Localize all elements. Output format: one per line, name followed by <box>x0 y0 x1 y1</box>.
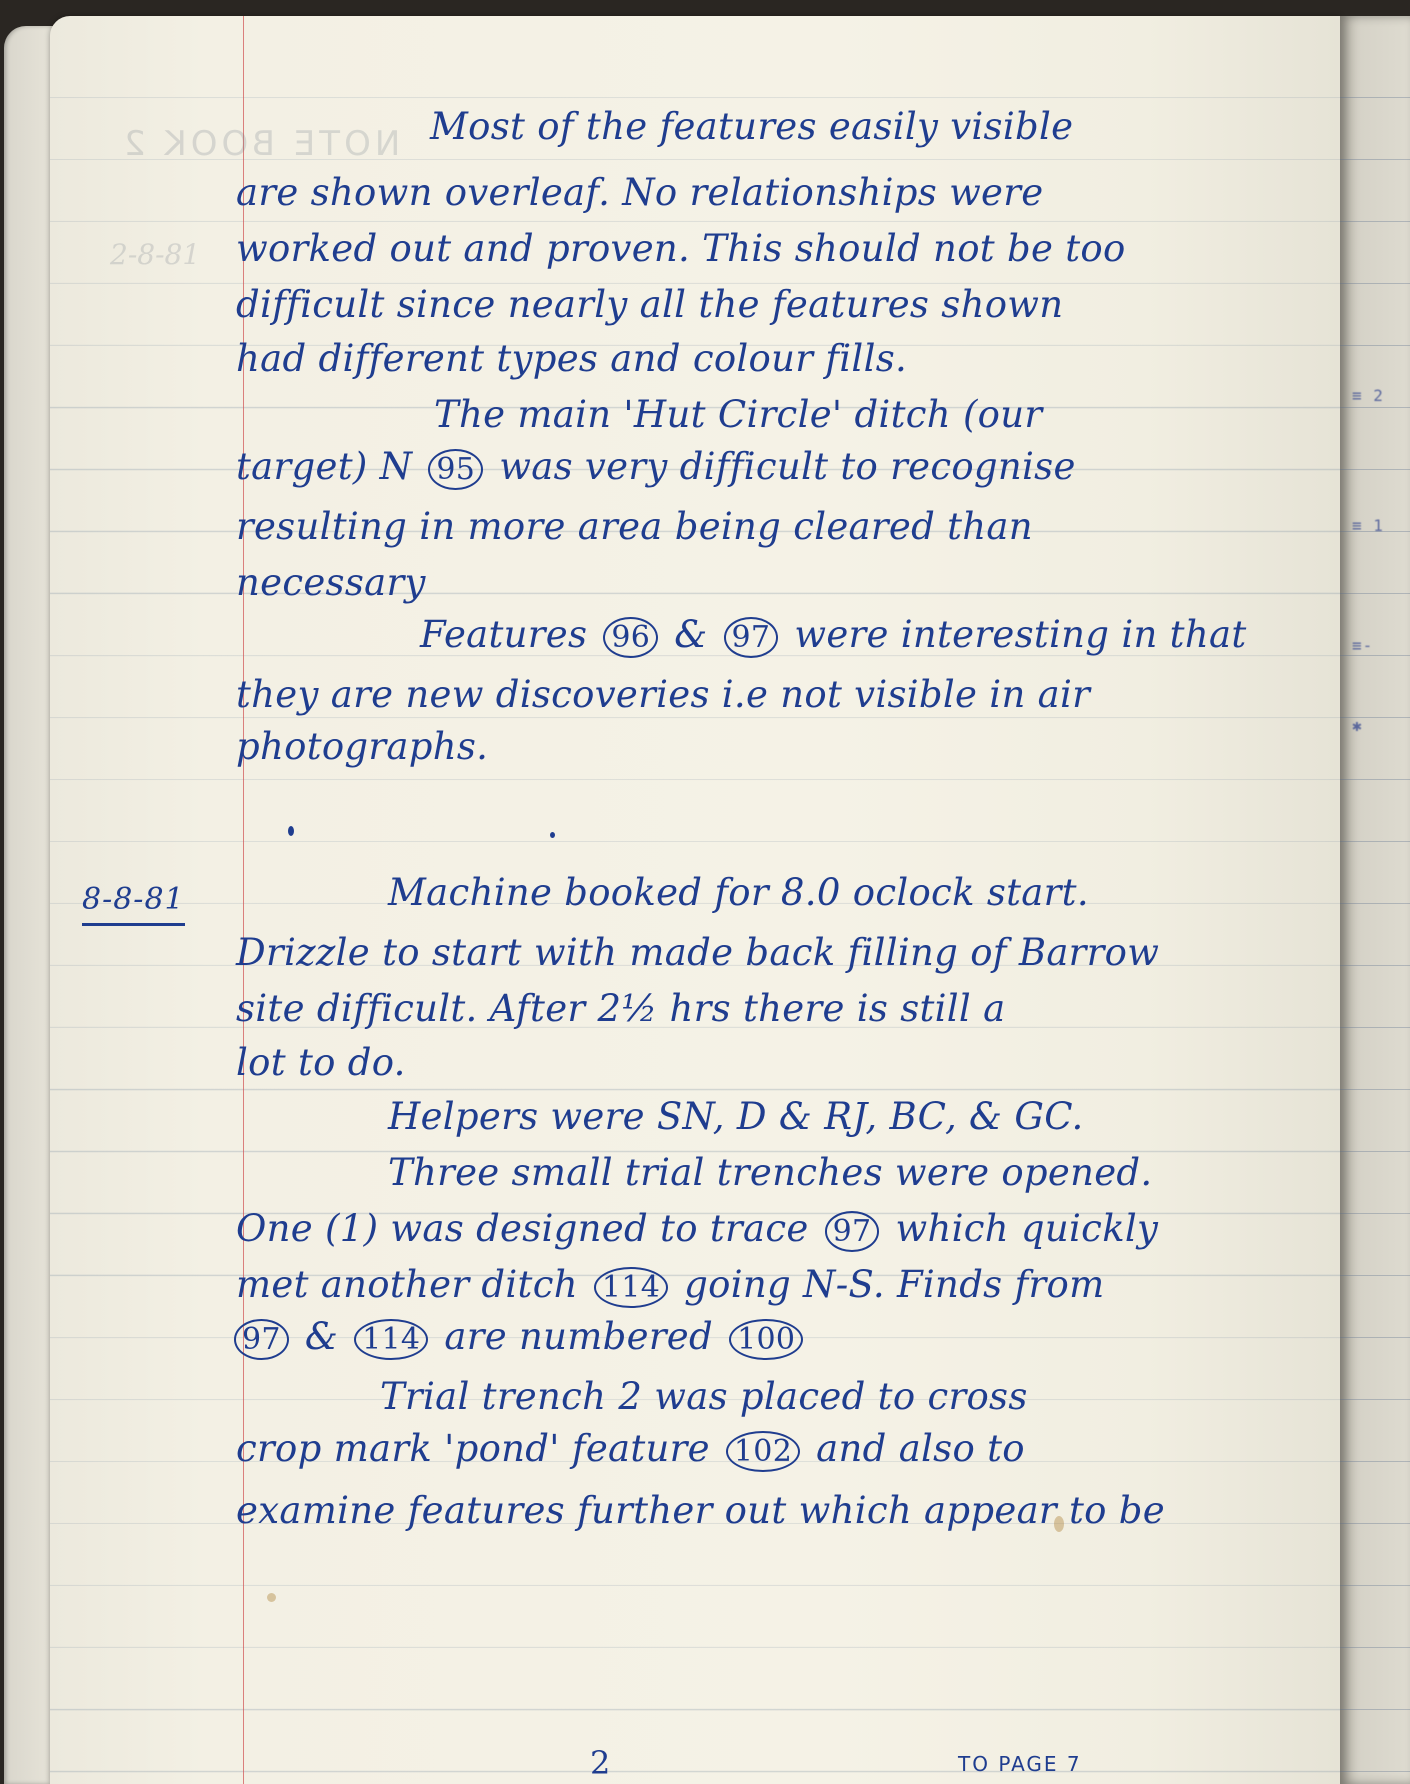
feature-ref-97: 97 <box>825 1211 880 1252</box>
bleed-through-title: NOTE BOOK 2 <box>120 124 400 164</box>
facing-page-edge: ≡ 2 ≡ 1 ≡- ✱ <box>1340 16 1410 1784</box>
stain <box>267 1593 276 1602</box>
notebook-page: NOTE BOOK 2 2-8-81 Most of the features … <box>50 16 1340 1784</box>
entry1-line-7: target) N 95 was very difficult to recog… <box>236 448 1076 490</box>
text: were interesting in that <box>794 613 1246 656</box>
text: target) N <box>236 445 412 488</box>
text: met another ditch <box>236 1263 578 1306</box>
entry2-line-1: Machine booked for 8.0 oclock start. <box>388 874 1089 911</box>
entry2-line-3: site difficult. After 2½ hrs there is st… <box>236 990 1005 1027</box>
facing-page-mark: ≡- <box>1352 636 1373 655</box>
feature-ref-96: 96 <box>603 617 658 658</box>
entry1-line-4: difficult since nearly all the features … <box>236 286 1063 323</box>
entry2-line-12: examine features further out which appea… <box>236 1492 1165 1529</box>
text: was very difficult to recognise <box>499 445 1075 488</box>
ampersand: & <box>305 1315 338 1358</box>
entry2-line-11: crop mark 'pond' feature 102 and also to <box>236 1430 1025 1472</box>
text: going N-S. Finds from <box>684 1263 1104 1306</box>
entry1-line-2: are shown overleaf. No relationships wer… <box>236 174 1043 211</box>
notebook-scan: NOTE BOOK 2 2-8-81 Most of the features … <box>0 0 1410 1784</box>
entry2-line-4: lot to do. <box>236 1044 406 1081</box>
text: One (1) was designed to trace <box>236 1207 809 1250</box>
facing-page-mark: ✱ <box>1352 716 1363 735</box>
entry2-line-2: Drizzle to start with made back filling … <box>236 934 1159 971</box>
feature-ref-114: 114 <box>594 1267 668 1308</box>
entry1-line-3: worked out and proven. This should not b… <box>236 230 1126 267</box>
entry1-line-5: had different types and colour fills. <box>236 340 907 377</box>
entry2-line-8: met another ditch 114 going N-S. Finds f… <box>236 1266 1104 1308</box>
entry-date: 8-8-81 <box>82 882 185 926</box>
ampersand: & <box>674 613 707 656</box>
continuation-note: TO PAGE 7 <box>958 1752 1082 1776</box>
ruled-lines <box>1340 16 1410 1784</box>
feature-ref-114: 114 <box>354 1319 428 1360</box>
entry1-line-10: Features 96 & 97 were interesting in tha… <box>420 616 1246 658</box>
page-number: 2 <box>590 1744 610 1782</box>
feature-ref-95: 95 <box>428 449 483 490</box>
ink-dot <box>288 826 294 836</box>
entry1-line-12: photographs. <box>236 728 488 765</box>
feature-ref-97: 97 <box>724 617 779 658</box>
entry2-line-10: Trial trench 2 was placed to cross <box>380 1378 1028 1415</box>
bleed-through-date: 2-8-81 <box>110 238 200 271</box>
ink-dot <box>550 832 555 838</box>
text: crop mark 'pond' feature <box>236 1427 710 1470</box>
entry1-line-9: necessary <box>236 564 426 601</box>
facing-page-mark: ≡ 2 <box>1352 386 1384 405</box>
text: Features <box>420 613 587 656</box>
text: and also to <box>816 1427 1025 1470</box>
feature-ref-97: 97 <box>234 1319 289 1360</box>
text: which quickly <box>895 1207 1158 1250</box>
stain <box>1054 1516 1064 1532</box>
entry1-line-11: they are new discoveries i.e not visible… <box>236 676 1090 713</box>
facing-page-mark: ≡ 1 <box>1352 516 1384 535</box>
entry1-line-1: Most of the features easily visible <box>430 108 1073 145</box>
feature-ref-102: 102 <box>726 1431 800 1472</box>
text: are numbered <box>444 1315 713 1358</box>
entry2-line-6: Three small trial trenches were opened. <box>388 1154 1152 1191</box>
entry2-line-7: One (1) was designed to trace 97 which q… <box>236 1210 1158 1252</box>
entry1-line-8: resulting in more area being cleared tha… <box>236 508 1033 545</box>
entry2-line-5: Helpers were SN, D & RJ, BC, & GC. <box>388 1098 1084 1135</box>
entry2-line-9: 97 & 114 are numbered 100 <box>230 1318 807 1360</box>
feature-ref-100: 100 <box>729 1319 803 1360</box>
entry1-line-6: The main 'Hut Circle' ditch (our <box>434 396 1042 433</box>
